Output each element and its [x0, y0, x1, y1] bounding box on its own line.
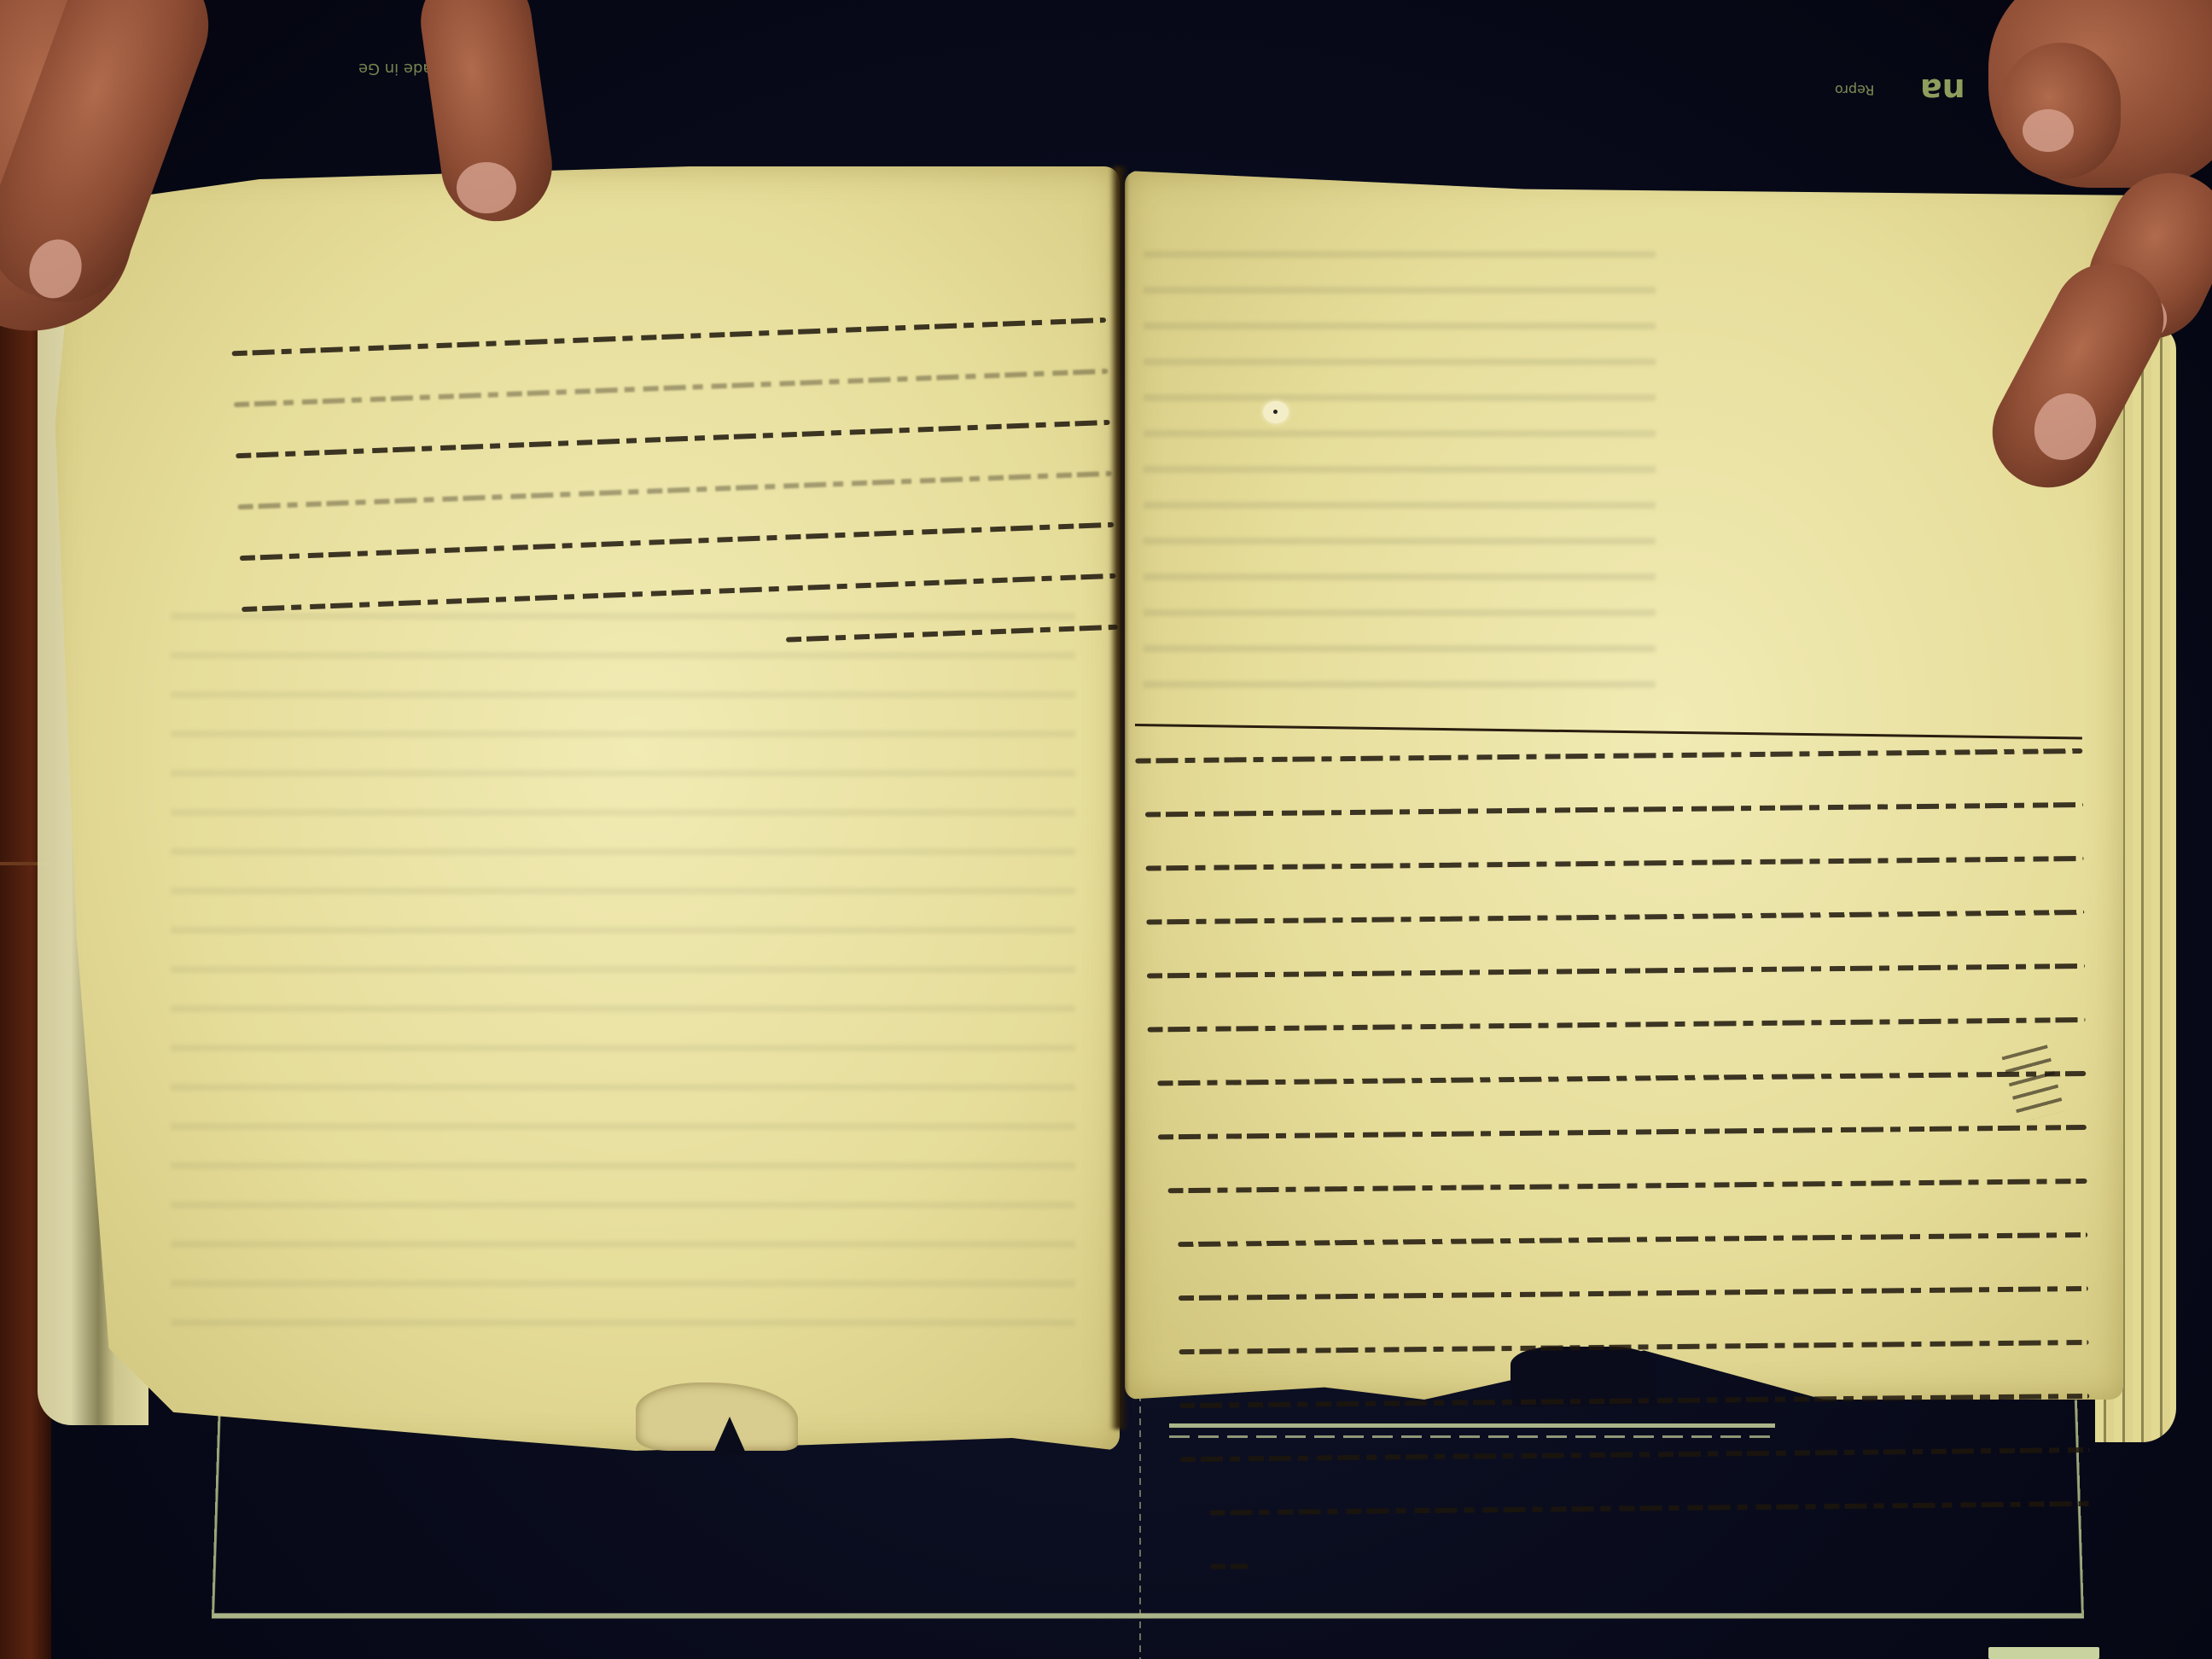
text-line	[1138, 963, 2085, 1009]
stand-print-logo: na	[1920, 72, 1965, 109]
text-line	[1140, 1232, 2087, 1278]
fingernail	[2023, 109, 2074, 152]
text-line	[1138, 1017, 2086, 1062]
text-line	[1137, 856, 2084, 901]
text-line	[1140, 1179, 2087, 1224]
text-line	[1139, 1125, 2087, 1170]
left-page-bleed-through	[171, 580, 1075, 1348]
stand-print-subtext: Repro	[1835, 82, 1874, 98]
label-tag	[1988, 1647, 2099, 1659]
thumbnail	[457, 162, 516, 213]
right-page-bleed-through	[1144, 222, 1656, 700]
text-line	[1136, 802, 2083, 847]
right-page-text-block	[1135, 730, 2088, 1303]
stand-center-seam	[1139, 1382, 1141, 1659]
text-line	[1135, 748, 2082, 794]
book-gutter	[1109, 166, 1128, 1429]
manuscript-photo: Made in Ge na Repro	[0, 0, 2212, 1659]
right-hand-finger	[2001, 43, 2121, 179]
text-line	[1137, 910, 2084, 955]
text-line	[1138, 1071, 2086, 1116]
page-hole	[1263, 401, 1289, 423]
left-page-text-block	[231, 299, 1115, 579]
